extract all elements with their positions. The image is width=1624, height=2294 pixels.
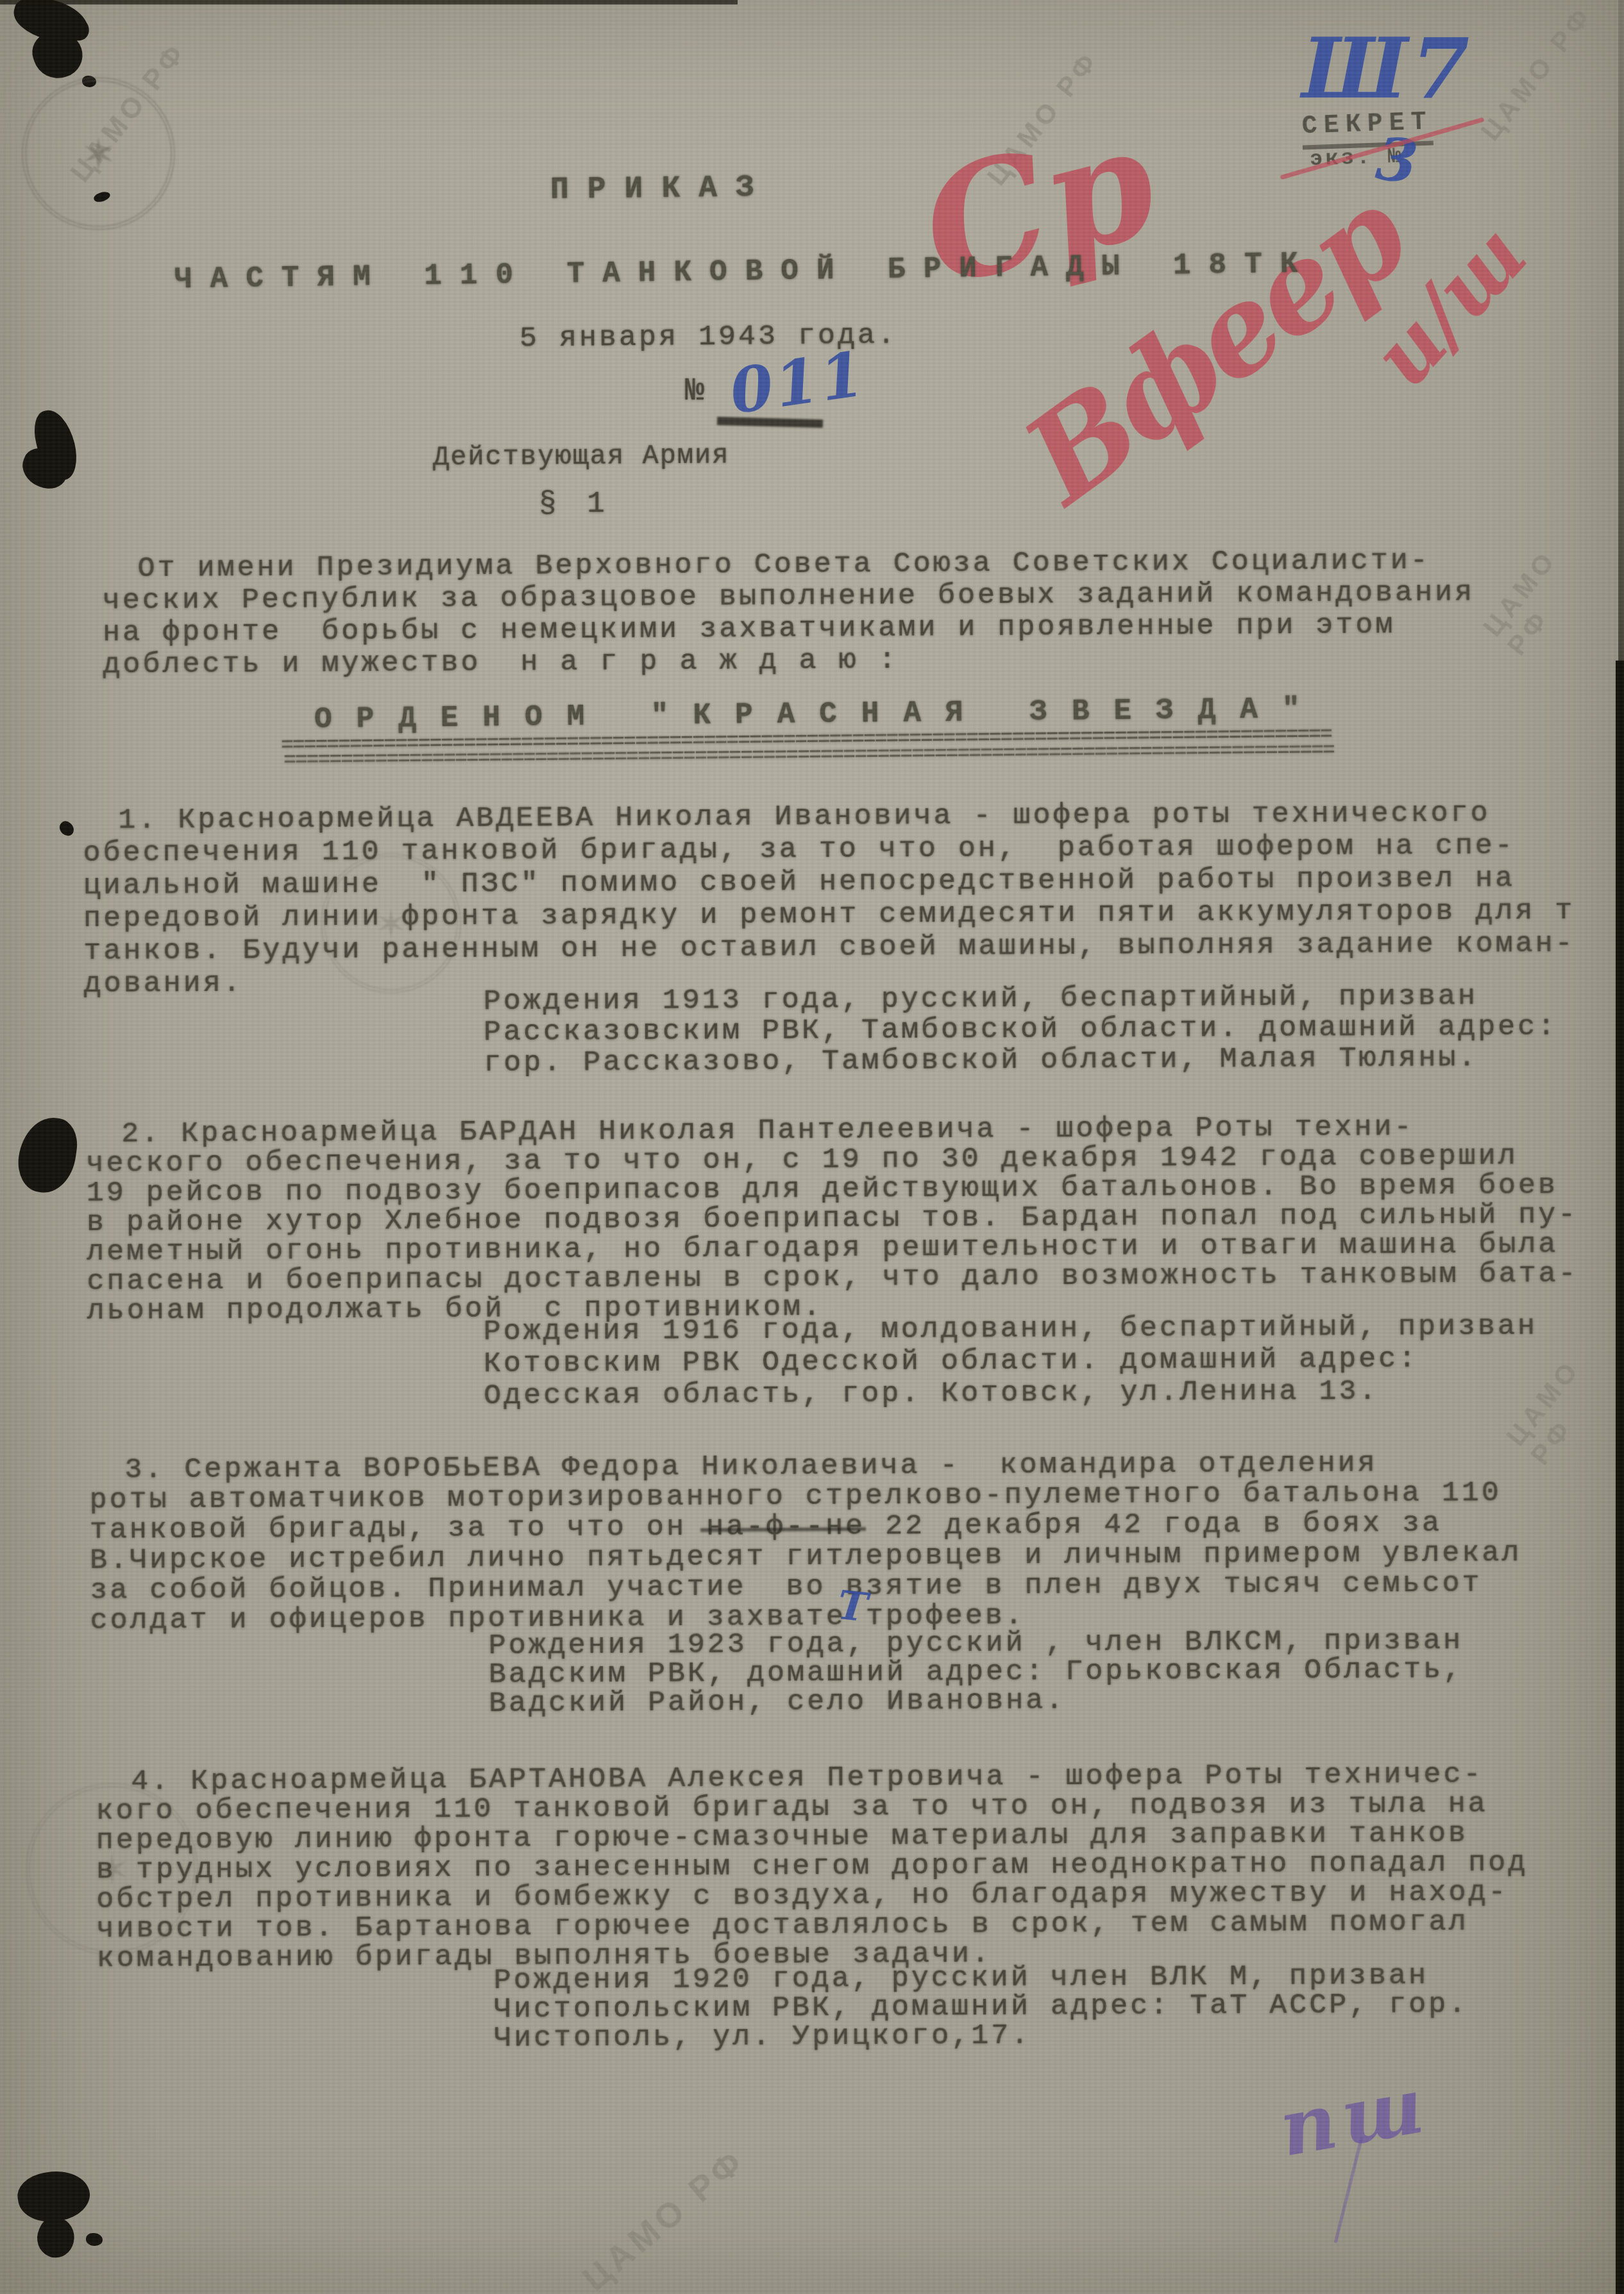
award-item-2-personal-data: Рождения 1916 года, молдованин, беспарти… <box>484 1311 1538 1413</box>
archive-watermark: ЦАМО РФ <box>1477 503 1620 661</box>
ink-smudge-under-number <box>717 417 823 428</box>
army-line: Действующая Армия <box>433 440 730 473</box>
text-line: Одесская область, гор. Котовск, ул.Ленин… <box>484 1375 1537 1413</box>
award-item-3: 3. Сержанта ВОРОБЬЕВА Федора Николаевича… <box>89 1447 1522 1636</box>
archive-stamp-ring: ✶ <box>22 77 175 230</box>
award-item-4: 4. Красноармейца БАРТАНОВА Алексея Петро… <box>96 1760 1528 1974</box>
text-line: Котовским РВК Одесской области. домашний… <box>484 1343 1537 1381</box>
text-line: спасена и боеприпасы доставлены в срок, … <box>87 1260 1578 1297</box>
award-item-1: 1. Красноармейца АВДЕЕВА Николая Иванови… <box>83 797 1575 1000</box>
scanned-order-document: ЦАМО РФ ЦАМО РФ ЦАМО РФ ЦАМО РФ ЦАМО РФ … <box>0 0 1624 2294</box>
scan-edge-right-fade <box>1618 0 1624 661</box>
red-pencil-initials: Ср <box>905 90 1172 321</box>
award-item-3-personal-data: Рождения 1923 года, русский , член ВЛКСМ… <box>489 1626 1464 1718</box>
text-line: гор. Рассказово, Тамбовской области, Мал… <box>484 1043 1557 1079</box>
scan-edge-right <box>1616 661 1624 2294</box>
order-addressee: ЧАСТЯМ 110 ТАНКОВОЙ БРИГАДЫ 18ТК <box>174 248 1316 297</box>
award-item-2: 2. Красноармейца БАРДАН Николая Пантелее… <box>86 1112 1578 1326</box>
intro-paragraph: От имени Президиума Верховного Совета Со… <box>102 544 1475 681</box>
archive-watermark: ЦАМО РФ <box>1475 0 1599 146</box>
order-title: ПРИКАЗ <box>550 171 773 208</box>
section-mark: § 1 <box>539 487 611 521</box>
ink-blot <box>56 819 76 839</box>
text-line: доблесть и мужество н а г р а ж д а ю : <box>103 641 1475 681</box>
award-item-4-personal-data: Рождения 1920 года, русский член ВЛК М, … <box>494 1961 1469 2053</box>
award-item-1-personal-data: Рождения 1913 года, русский, беспартийны… <box>484 981 1558 1079</box>
text-line: Чистополь, ул. Урицкого,17. <box>494 2019 1468 2053</box>
order-number-prefix: № <box>685 373 704 410</box>
archive-watermark: ЦАМО РФ <box>575 2140 753 2294</box>
ink-blot <box>14 1113 81 1196</box>
blue-correction-letter: Т <box>835 1581 870 1631</box>
scan-edge-top <box>0 0 738 4</box>
text-line: Вадский Район, село Ивановна. <box>489 1684 1463 1718</box>
copy-number-handwritten: 3 <box>1373 124 1421 197</box>
ink-blot <box>86 2233 103 2246</box>
registration-mark-handwritten: Ш7 <box>1302 19 1473 117</box>
